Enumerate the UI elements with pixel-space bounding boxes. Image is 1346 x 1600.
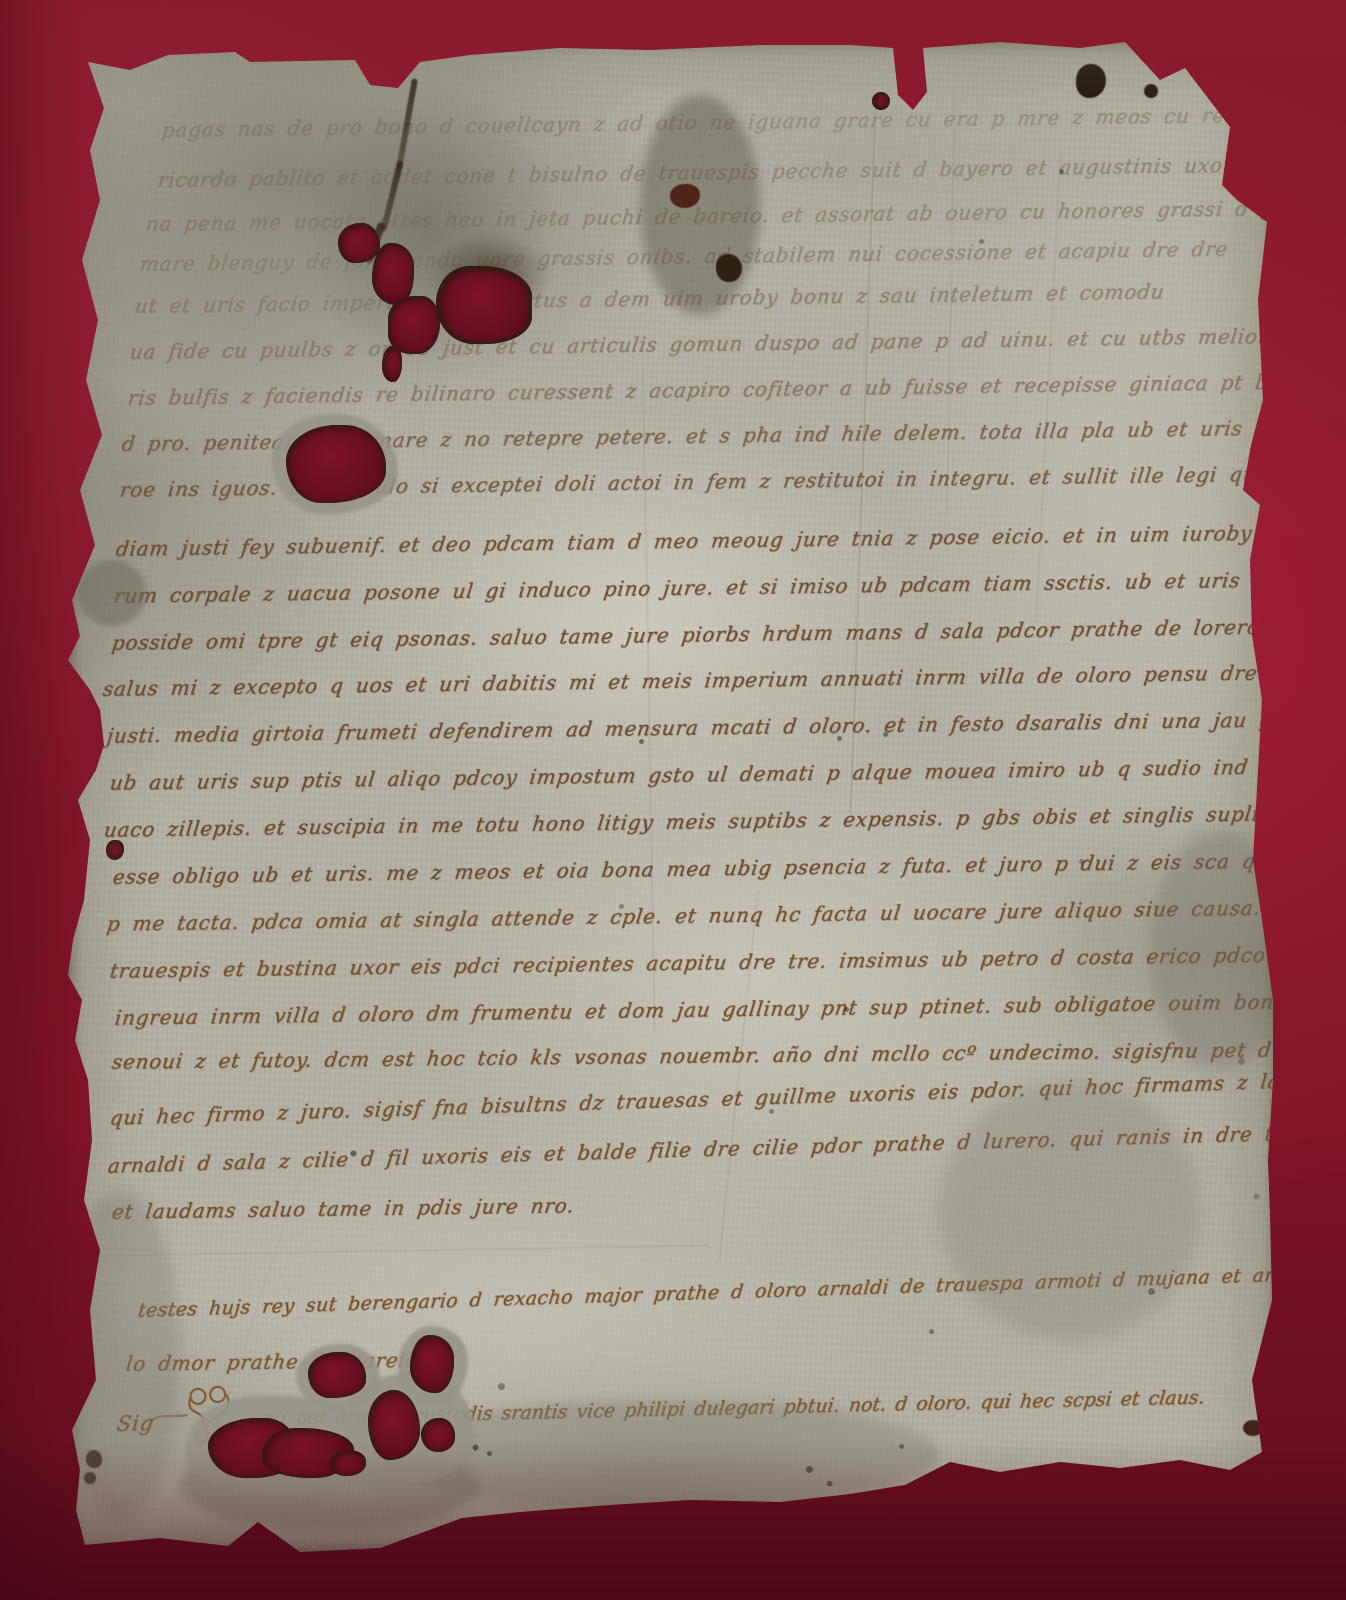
photo-backdrop: pagas nas de pro bono d couellcayn z ad … bbox=[0, 0, 1346, 1600]
parchment-sheet: pagas nas de pro bono d couellcayn z ad … bbox=[0, 0, 1346, 1600]
edge-vignette bbox=[68, 40, 1276, 1552]
ink-speckles bbox=[0, 0, 3, 3]
